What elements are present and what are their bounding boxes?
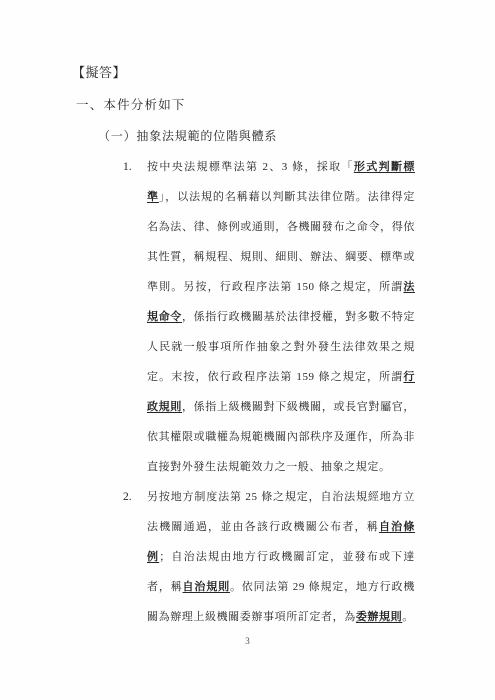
- item-paragraph: 另按地方制度法第 25 條之規定，自治法規經地方立法機關通過，並由各該行政機關公…: [147, 482, 415, 632]
- item-number: 1.: [123, 152, 147, 182]
- document-page: 【擬答】 一、本件分析如下 （一）抽象法規範的位階與體系 1.按中央法規標準法第…: [0, 0, 495, 700]
- paragraph-text: 。: [402, 611, 414, 623]
- paragraph-text: ，係指行政機關基於法律授權，對多數不特定人民就一般事項所作抽象之對外發生法律效果…: [147, 311, 415, 383]
- item-paragraph: 按中央法規標準法第 2、3 條，採取「形式判斷標準」，以法規的名稱藉以判斷其法律…: [147, 152, 415, 482]
- subsection-heading: （一）抽象法規範的位階與體系: [98, 127, 277, 144]
- paragraph-text: 」，以法規的名稱藉以判斷其法律位階。法律得定名為法、律、條例或通則，各機關發布之…: [147, 191, 415, 293]
- paragraph-text: 按中央法規標準法第 2、3 條，採取「: [147, 161, 354, 173]
- list-item: 2.另按地方制度法第 25 條之規定，自治法規經地方立法機關通過，並由各該行政機…: [123, 482, 415, 632]
- item-number: 2.: [123, 482, 147, 512]
- paragraph-text: ，係指上級機關對下級機關，或長官對屬官，依其權限或職權為規範機關內部秩序及運作，…: [147, 401, 415, 473]
- numbered-item-list: 1.按中央法規標準法第 2、3 條，採取「形式判斷標準」，以法規的名稱藉以判斷其…: [123, 152, 415, 632]
- section-heading: 一、本件分析如下: [76, 95, 186, 113]
- emphasized-term: 委辦規則: [356, 611, 402, 623]
- emphasized-term: 自治規則: [183, 581, 230, 593]
- paragraph-text: 另按地方制度法第 25 條之規定，自治法規經地方立法機關通過，並由各該行政機關公…: [147, 491, 415, 533]
- answer-title: 【擬答】: [72, 62, 126, 81]
- page-number: 3: [0, 636, 495, 646]
- list-item: 1.按中央法規標準法第 2、3 條，採取「形式判斷標準」，以法規的名稱藉以判斷其…: [123, 152, 415, 482]
